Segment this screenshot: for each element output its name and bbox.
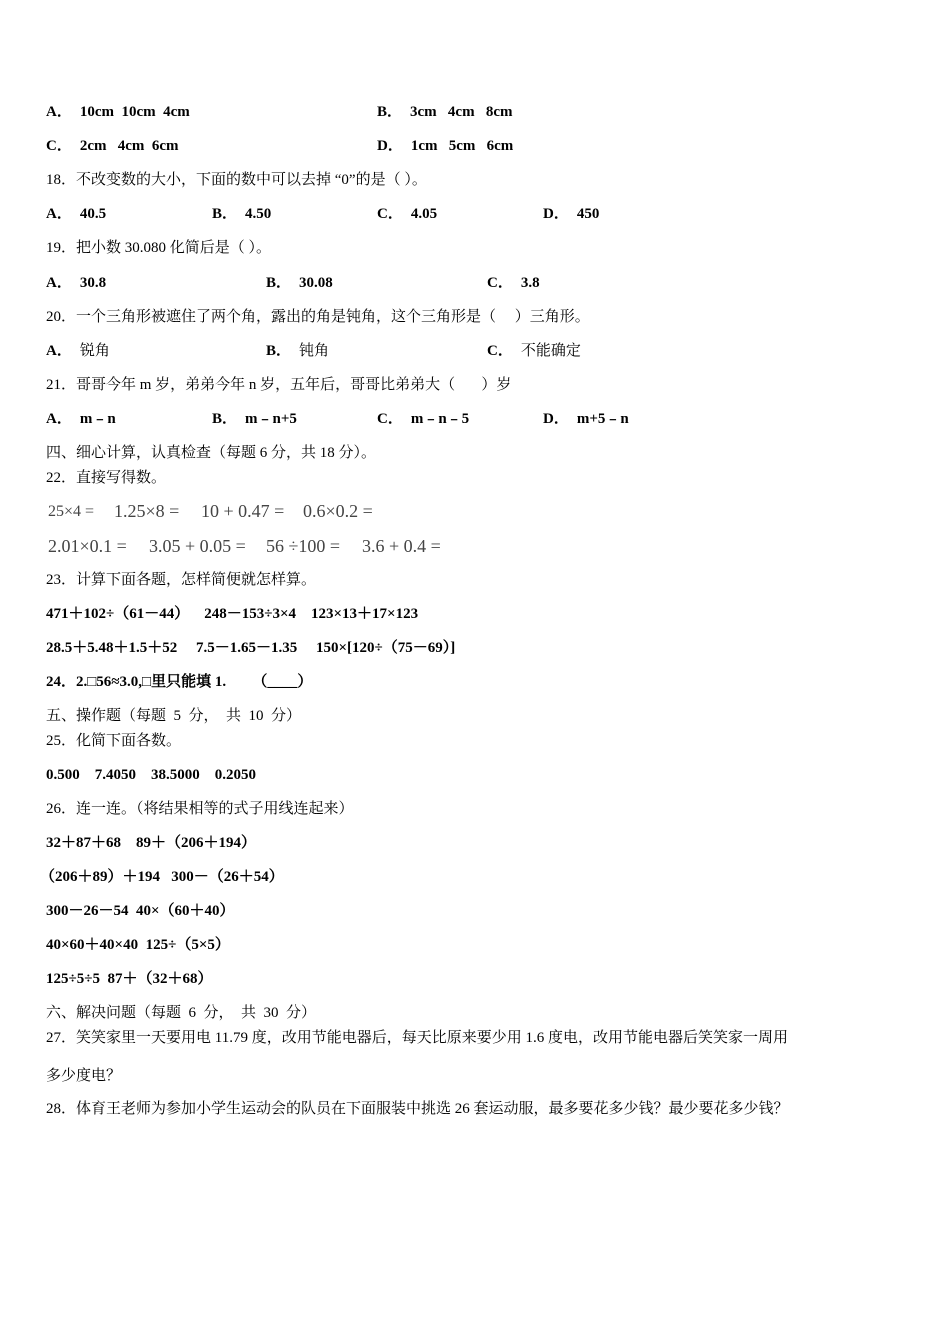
q20-option-c: C．不能确定 bbox=[487, 341, 581, 361]
option-text: 4.05 bbox=[411, 206, 437, 222]
option-label: A． bbox=[46, 275, 72, 291]
option-text: 3cm 4cm 8cm bbox=[410, 104, 512, 120]
q24-stem: 24．2.□56≈3.0,□里只能填 1. （____） bbox=[46, 672, 312, 692]
q27-line-1: 27．笑笑家里一天要用电 11.79 度，改用节能电器后，每天比原来要少用 1.… bbox=[46, 1028, 788, 1048]
section-6-title: 六、解决问题（每题 6 分， 共 30 分） bbox=[46, 1003, 316, 1023]
exam-page: A．10cm 10cm 4cm B．3cm 4cm 8cm C．2cm 4cm … bbox=[0, 0, 950, 1344]
q17-option-d: D．1cm 5cm 6cm bbox=[377, 136, 513, 156]
option-text: m﹣n+5 bbox=[245, 411, 297, 427]
option-text: 3.8 bbox=[521, 275, 540, 291]
q17-option-a: A．10cm 10cm 4cm bbox=[46, 102, 190, 122]
option-text: 1cm 5cm 6cm bbox=[411, 138, 513, 154]
option-label: B． bbox=[212, 411, 237, 427]
option-label: C． bbox=[487, 343, 513, 359]
option-label: A． bbox=[46, 411, 72, 427]
option-label: B． bbox=[266, 343, 291, 359]
q22-expr: 3.6 + 0.4 = bbox=[362, 535, 441, 557]
option-label: D． bbox=[377, 138, 403, 154]
q21-stem: 21．哥哥今年 m 岁，弟弟今年 n 岁，五年后，哥哥比弟弟大（ ）岁 bbox=[46, 375, 511, 395]
q17-option-c: C．2cm 4cm 6cm bbox=[46, 136, 179, 156]
option-text: m+5﹣n bbox=[577, 411, 629, 427]
option-text: 40.5 bbox=[80, 206, 106, 222]
q20-option-a: A．锐角 bbox=[46, 341, 110, 361]
q22-expr: 10 + 0.47 = bbox=[201, 500, 284, 522]
q19-stem: 19．把小数 30.080 化简后是（ ）。 bbox=[46, 238, 271, 258]
q22-expr: 25×4 = bbox=[48, 501, 94, 523]
q19-option-a: A．30.8 bbox=[46, 273, 106, 293]
option-text: 30.08 bbox=[299, 275, 333, 291]
option-text: 30.8 bbox=[80, 275, 106, 291]
q17-option-b: B．3cm 4cm 8cm bbox=[377, 102, 512, 122]
option-label: C． bbox=[377, 206, 403, 222]
option-label: B． bbox=[266, 275, 291, 291]
option-label: D． bbox=[543, 206, 569, 222]
q26-row: 125÷5÷5 87＋（32＋68） bbox=[46, 969, 212, 989]
q20-option-b: B．钝角 bbox=[266, 341, 329, 361]
option-label: B． bbox=[377, 104, 402, 120]
option-label: C． bbox=[487, 275, 513, 291]
option-label: A． bbox=[46, 343, 72, 359]
q22-expr: 0.6×0.2 = bbox=[303, 500, 373, 522]
option-text: 10cm 10cm 4cm bbox=[80, 104, 190, 120]
q22-stem: 22．直接写得数。 bbox=[46, 468, 166, 488]
q21-option-c: C．m﹣n﹣5 bbox=[377, 409, 469, 429]
q26-stem: 26．连一连。（将结果相等的式子用线连起来） bbox=[46, 799, 354, 819]
q18-option-c: C．4.05 bbox=[377, 204, 437, 224]
q25-values: 0.500 7.4050 38.5000 0.2050 bbox=[46, 765, 256, 785]
q28-stem: 28．体育王老师为参加小学生运动会的队员在下面服装中挑选 26 套运动服，最多要… bbox=[46, 1099, 789, 1119]
q23-stem: 23．计算下面各题，怎样简便就怎样算。 bbox=[46, 570, 316, 590]
q18-option-b: B．4.50 bbox=[212, 204, 271, 224]
option-text: m﹣n﹣5 bbox=[411, 411, 469, 427]
q22-expr: 3.05 + 0.05 = bbox=[149, 535, 246, 557]
q19-option-c: C．3.8 bbox=[487, 273, 540, 293]
section-5-title: 五、操作题（每题 5 分， 共 10 分） bbox=[46, 706, 301, 726]
option-label: B． bbox=[212, 206, 237, 222]
option-label: C． bbox=[46, 138, 72, 154]
q20-stem: 20．一个三角形被遮住了两个角，露出的角是钝角，这个三角形是（ ）三角形。 bbox=[46, 307, 590, 327]
option-text: 2cm 4cm 6cm bbox=[80, 138, 179, 154]
q26-row: （206＋89）＋194 300－（26＋54） bbox=[40, 867, 284, 887]
q18-stem: 18．不改变数的大小，下面的数中可以去掉 “0”的是（ ）。 bbox=[46, 170, 427, 190]
section-4-title: 四、细心计算，认真检查（每题 6 分，共 18 分）。 bbox=[46, 443, 376, 463]
q23-row-2: 28.5＋5.48＋1.5＋52 7.5－1.65－1.35 150×[120÷… bbox=[46, 638, 455, 658]
option-label: D． bbox=[543, 411, 569, 427]
option-text: 450 bbox=[577, 206, 600, 222]
option-text: 4.50 bbox=[245, 206, 271, 222]
option-text: m﹣n bbox=[80, 411, 116, 427]
q23-row-1: 471＋102÷（61－44） 248－153÷3×4 123×13＋17×12… bbox=[46, 604, 418, 624]
q26-row: 40×60＋40×40 125÷（5×5） bbox=[46, 935, 230, 955]
q26-row: 32＋87＋68 89＋（206＋194） bbox=[46, 833, 256, 853]
q26-row: 300－26－54 40×（60＋40） bbox=[46, 901, 235, 921]
q18-option-a: A．40.5 bbox=[46, 204, 106, 224]
q22-expr: 2.01×0.1 = bbox=[48, 535, 127, 557]
q18-option-d: D．450 bbox=[543, 204, 599, 224]
q21-option-b: B．m﹣n+5 bbox=[212, 409, 297, 429]
q19-option-b: B．30.08 bbox=[266, 273, 333, 293]
option-text: 钝角 bbox=[299, 343, 329, 359]
option-text: 不能确定 bbox=[521, 343, 581, 359]
q22-expr: 1.25×8 = bbox=[114, 500, 179, 522]
q25-stem: 25．化简下面各数。 bbox=[46, 731, 181, 751]
q22-expr: 56 ÷100 = bbox=[266, 535, 340, 557]
option-label: A． bbox=[46, 206, 72, 222]
q21-option-d: D．m+5﹣n bbox=[543, 409, 629, 429]
option-label: A． bbox=[46, 104, 72, 120]
option-label: C． bbox=[377, 411, 403, 427]
option-text: 锐角 bbox=[80, 343, 110, 359]
q27-line-2: 多少度电？ bbox=[46, 1066, 121, 1086]
q21-option-a: A．m﹣n bbox=[46, 409, 116, 429]
